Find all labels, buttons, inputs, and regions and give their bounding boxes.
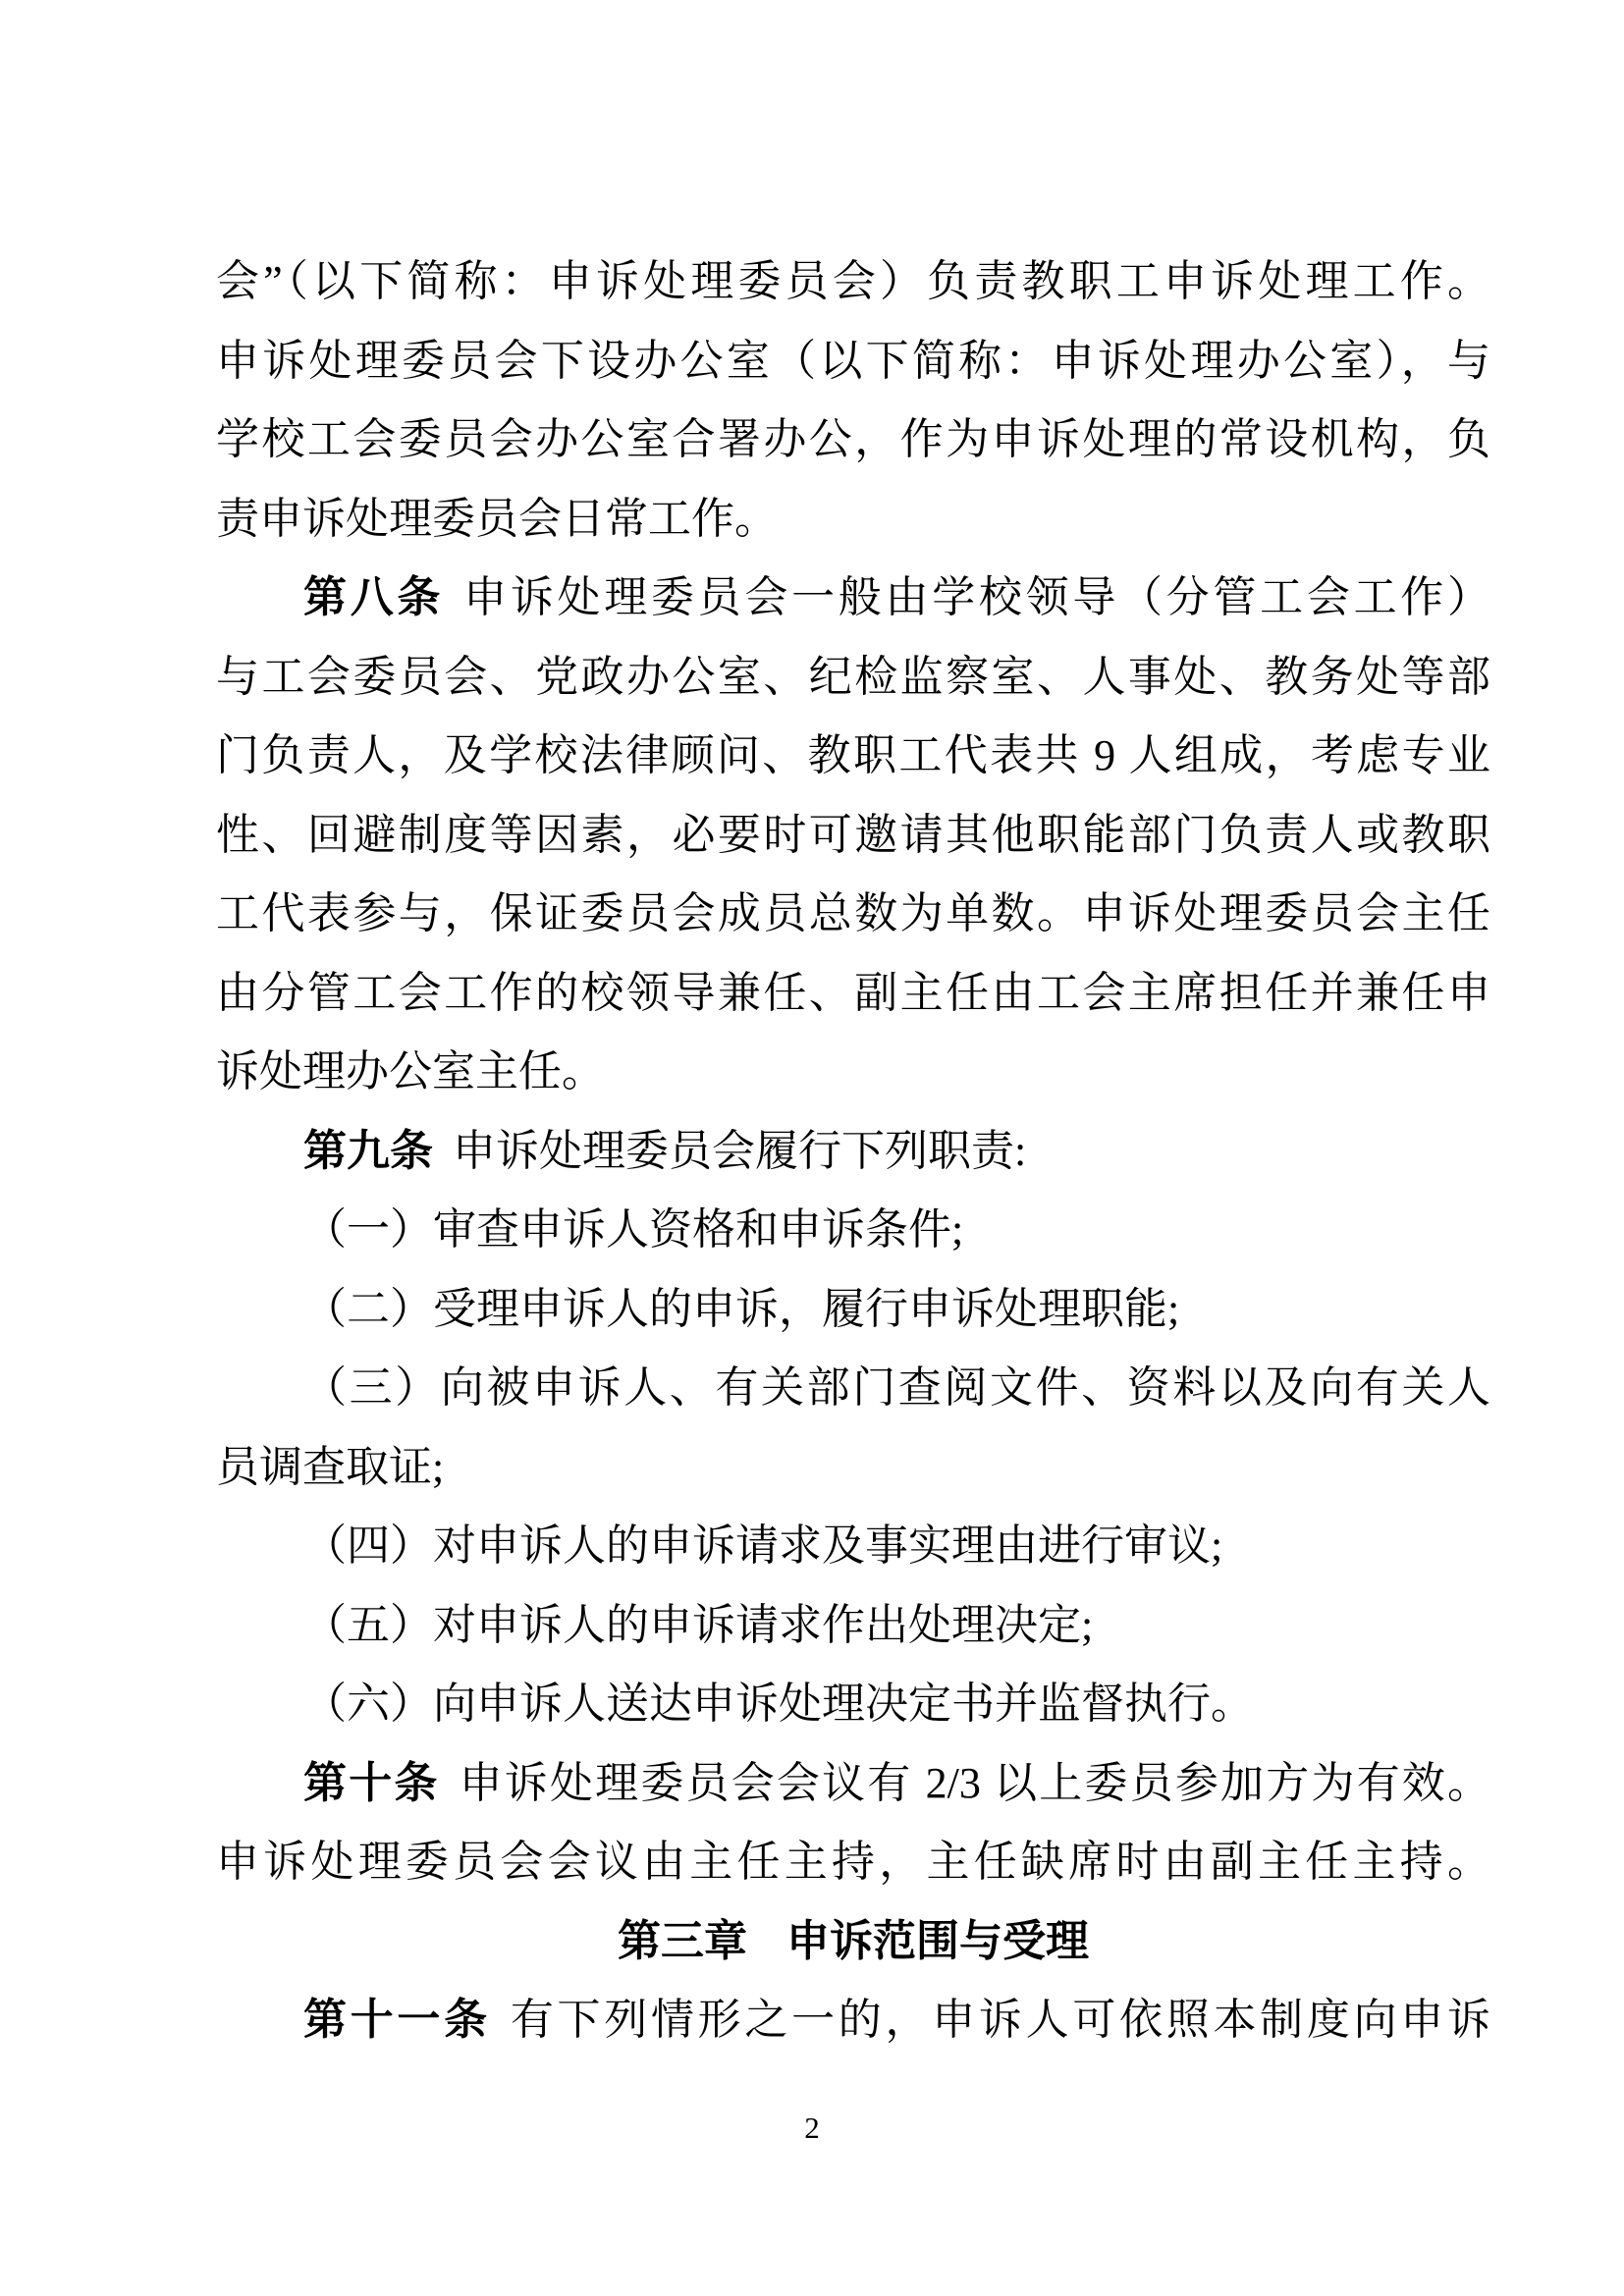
line-text: 责申诉处理委员会日常工作。 <box>216 495 778 543</box>
text-line: 第九条申诉处理委员会履行下列职责: <box>216 1112 1490 1192</box>
line-text: 申诉处理委员会会议由主任主持，主任缺席时由副主任主持。 <box>216 1838 1490 1886</box>
text-line: （四）对申诉人的申诉请求及事实理由进行审议; <box>216 1507 1490 1586</box>
body-text: 会”（以下简称：申诉处理委员会）负责教职工申诉处理工作。 申诉处理委员会下设办公… <box>216 242 1490 2060</box>
text-line: 门负责人，及学校法律顾问、教职工代表共 9 人组成，考虑专业 <box>216 717 1490 796</box>
text-line: 员调查取证; <box>216 1428 1490 1508</box>
text-line: 第八条申诉处理委员会一般由学校领导（分管工会工作） <box>216 559 1490 638</box>
page-number: 2 <box>0 2109 1624 2148</box>
text-line: 第十一条有下列情形之一的，申诉人可依照本制度向申诉 <box>216 1981 1490 2060</box>
text-line: 责申诉处理委员会日常工作。 <box>216 480 1490 560</box>
line-text: 申诉处理委员会一般由学校领导（分管工会工作） <box>463 573 1490 621</box>
line-text: 申诉处理委员会会议有 2/3 以上委员参加方为有效。 <box>460 1759 1490 1807</box>
text-line: 诉处理办公室主任。 <box>216 1033 1490 1112</box>
text-line: （二）受理申诉人的申诉，履行申诉处理职能; <box>216 1270 1490 1350</box>
line-text: 门负责人，及学校法律顾问、教职工代表共 9 人组成，考虑专业 <box>216 731 1490 779</box>
line-text: （二）受理申诉人的申诉，履行申诉处理职能; <box>303 1285 1179 1333</box>
line-text: （四）对申诉人的申诉请求及事实理由进行审议; <box>303 1522 1222 1570</box>
text-line: 由分管工会工作的校领导兼任、副主任由工会主席担任并兼任申 <box>216 954 1490 1034</box>
line-text: 工代表参与，保证委员会成员总数为单数。申诉处理委员会主任 <box>216 889 1490 937</box>
text-line: 性、回避制度等因素，必要时可邀请其他职能部门负责人或教职 <box>216 796 1490 876</box>
text-line: （五）对申诉人的申诉请求作出处理决定; <box>216 1586 1490 1666</box>
article-number: 第八条 <box>303 573 444 621</box>
text-line: 学校工会委员会办公室合署办公，作为申诉处理的常设机构，负 <box>216 400 1490 480</box>
line-text: 申诉处理委员会履行下列职责: <box>453 1127 1026 1175</box>
line-text: 有下列情形之一的，申诉人可依照本制度向申诉 <box>511 1996 1490 2044</box>
article-number: 第九条 <box>303 1127 433 1175</box>
text-line: 申诉处理委员会会议由主任主持，主任缺席时由副主任主持。 <box>216 1823 1490 1902</box>
chapter-title: 申诉范围与受理 <box>786 1917 1089 1965</box>
text-line: （一）审查申诉人资格和申诉条件; <box>216 1191 1490 1270</box>
line-text: 员调查取证; <box>216 1443 444 1491</box>
line-text: （一）审查申诉人资格和申诉条件; <box>303 1205 963 1254</box>
line-text: 性、回避制度等因素，必要时可邀请其他职能部门负责人或教职 <box>216 811 1490 859</box>
line-text: 与工会委员会、党政办公室、纪检监察室、人事处、教务处等部 <box>216 653 1490 701</box>
line-text: 申诉处理委员会下设办公室（以下简称：申诉处理办公室），与 <box>216 337 1490 385</box>
text-line: （六）向申诉人送达申诉处理决定书并监督执行。 <box>216 1665 1490 1744</box>
line-text: （三）向被申诉人、有关部门查阅文件、资料以及向有关人 <box>303 1363 1490 1412</box>
line-text: 由分管工会工作的校领导兼任、副主任由工会主席担任并兼任申 <box>216 969 1490 1017</box>
chapter-heading: 第三章申诉范围与受理 <box>216 1902 1490 1982</box>
text-line: 与工会委员会、党政办公室、纪检监察室、人事处、教务处等部 <box>216 638 1490 718</box>
text-line: 会”（以下简称：申诉处理委员会）负责教职工申诉处理工作。 <box>216 242 1490 322</box>
text-line: 第十条申诉处理委员会会议有 2/3 以上委员参加方为有效。 <box>216 1744 1490 1824</box>
text-line: 申诉处理委员会下设办公室（以下简称：申诉处理办公室），与 <box>216 322 1490 401</box>
article-number: 第十条 <box>303 1759 440 1807</box>
line-text: 会”（以下简称：申诉处理委员会）负责教职工申诉处理工作。 <box>216 257 1490 305</box>
text-line: 工代表参与，保证委员会成员总数为单数。申诉处理委员会主任 <box>216 875 1490 954</box>
chapter-number: 第三章 <box>618 1917 747 1965</box>
text-line: （三）向被申诉人、有关部门查阅文件、资料以及向有关人 <box>216 1349 1490 1428</box>
line-text: 诉处理办公室主任。 <box>216 1047 605 1095</box>
article-number: 第十一条 <box>303 1996 491 2044</box>
line-text: （六）向申诉人送达申诉处理决定书并监督执行。 <box>303 1680 1254 1728</box>
line-text: 学校工会委员会办公室合署办公，作为申诉处理的常设机构，负 <box>216 415 1490 463</box>
line-text: （五）对申诉人的申诉请求作出处理决定; <box>303 1601 1093 1649</box>
document-page: 会”（以下简称：申诉处理委员会）负责教职工申诉处理工作。 申诉处理委员会下设办公… <box>0 0 1624 2296</box>
